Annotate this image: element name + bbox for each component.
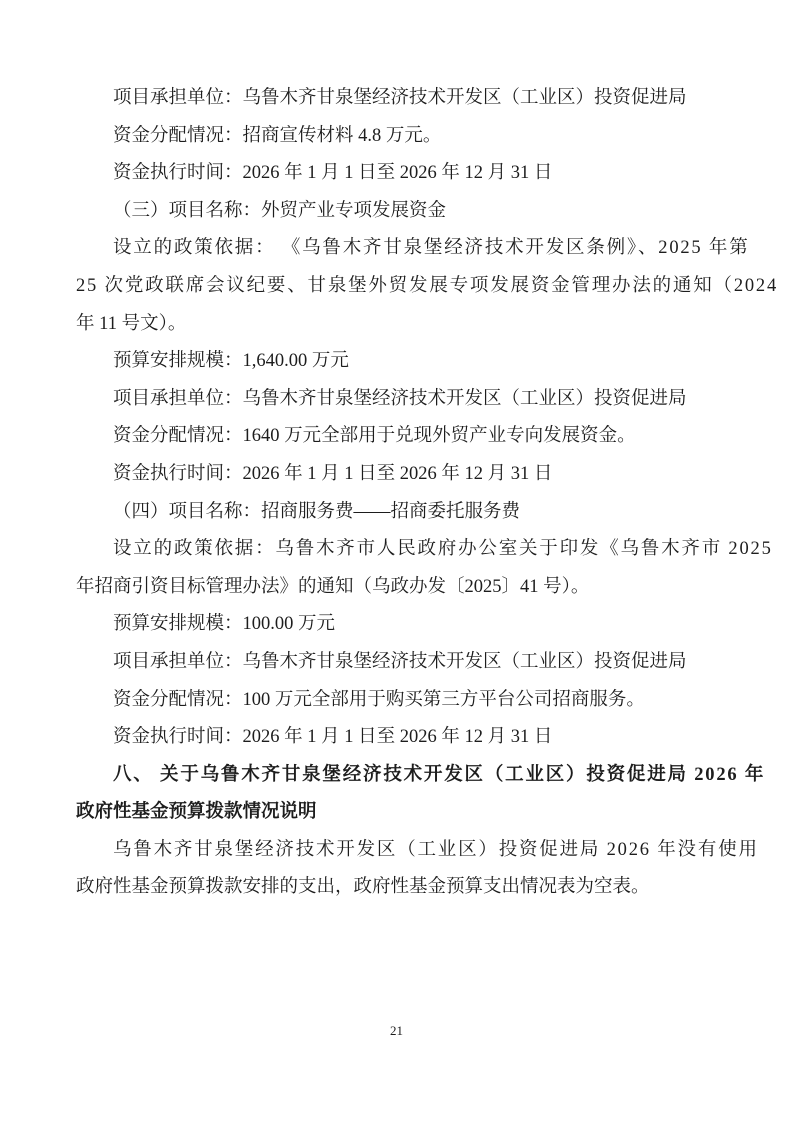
text-line: 资金分配情况：招商宣传材料 4.8 万元。 [76,118,717,156]
text-line: 政府性基金预算拨款安排的支出，政府性基金预算支出情况表为空表。 [76,869,717,907]
text-line: 资金执行时间：2026 年 1 月 1 日至 2026 年 12 月 31 日 [76,456,717,494]
text-line: 资金分配情况：1640 万元全部用于兑现外贸产业专向发展资金。 [76,418,717,456]
heading-line: 八、 关于乌鲁木齐甘泉堡经济技术开发区（工业区）投资促进局 2026 年 [76,757,717,795]
text-line: 项目承担单位：乌鲁木齐甘泉堡经济技术开发区（工业区）投资促进局 [76,381,717,419]
text-line: 设立的政策依据： 《乌鲁木齐甘泉堡经济技术开发区条例》、2025 年第 [76,230,717,268]
text-line: 预算安排规模：100.00 万元 [76,606,717,644]
text-line: 资金执行时间：2026 年 1 月 1 日至 2026 年 12 月 31 日 [76,155,717,193]
text-line: （三）项目名称：外贸产业专项发展资金 [76,193,717,231]
text-line: 项目承担单位：乌鲁木齐甘泉堡经济技术开发区（工业区）投资促进局 [76,644,717,682]
text-line: 资金分配情况：100 万元全部用于购买第三方平台公司招商服务。 [76,682,717,720]
text-line: （四）项目名称：招商服务费——招商委托服务费 [76,494,717,532]
text-line: 设立的政策依据：乌鲁木齐市人民政府办公室关于印发《乌鲁木齐市 2025 [76,531,717,569]
text-line: 年招商引资目标管理办法》的通知（乌政办发〔2025〕41 号）。 [76,569,717,607]
document-page: 项目承担单位：乌鲁木齐甘泉堡经济技术开发区（工业区）投资促进局资金分配情况：招商… [0,0,793,1122]
document-body: 项目承担单位：乌鲁木齐甘泉堡经济技术开发区（工业区）投资促进局资金分配情况：招商… [76,80,717,907]
text-line: 年 11 号文）。 [76,306,717,344]
page-number: 21 [0,1022,793,1040]
text-line: 项目承担单位：乌鲁木齐甘泉堡经济技术开发区（工业区）投资促进局 [76,80,717,118]
text-line: 25 次党政联席会议纪要、甘泉堡外贸发展专项发展资金管理办法的通知（2024 [76,268,717,306]
text-line: 乌鲁木齐甘泉堡经济技术开发区（工业区）投资促进局 2026 年没有使用 [76,832,717,870]
text-line: 资金执行时间：2026 年 1 月 1 日至 2026 年 12 月 31 日 [76,719,717,757]
heading-line: 政府性基金预算拨款情况说明 [76,794,717,832]
text-line: 预算安排规模：1,640.00 万元 [76,343,717,381]
